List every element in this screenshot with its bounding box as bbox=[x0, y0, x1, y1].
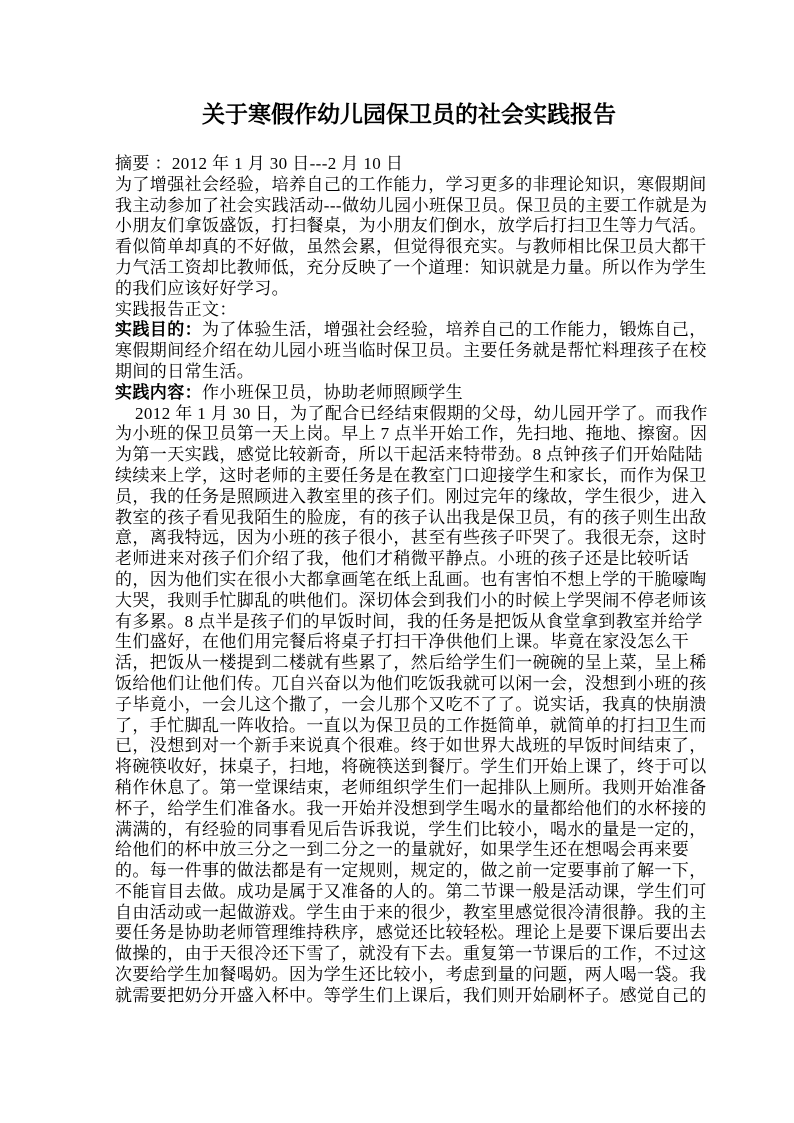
text-line: 意，离我特远，因为小班的孩子很小，甚至有些孩子吓哭了。我很无奈，这时 bbox=[115, 528, 707, 549]
text-line: 的我们应该好好学习。 bbox=[115, 279, 707, 300]
document-page: 关于寒假作幼儿园保卫员的社会实践报告 摘要 ：2012 年 1 月 30 日--… bbox=[0, 0, 794, 1123]
text-line: 就需要把奶分开盛入杯中。等学生们上课后，我们则开始刷杯子。感觉自己的 bbox=[115, 986, 707, 1007]
text-line: 自由活动或一起做游戏。学生由于来的很少，教室里感觉很冷清很静。我的主 bbox=[115, 903, 707, 924]
text-line: 小朋友们拿饭盛饭，打扫餐桌，为小朋友们倒水，放学后打扫卫生等力气活。 bbox=[115, 216, 707, 237]
text-line: 了，手忙脚乱一阵收拾。一直以为保卫员的工作挺简单，就简单的打扫卫生而 bbox=[115, 716, 707, 737]
text-line: 已，没想到对一个新手来说真个很难。终于如世界大战班的早饭时间结束了， bbox=[115, 736, 707, 757]
text-line: 要任务是协助老师管理维持秩序，感觉还比较轻松。理论上是要下课后要出去 bbox=[115, 923, 707, 944]
text-line: 给他们的杯中放三分之一到二分之一的量就好，如果学生还在想喝会再来要 bbox=[115, 840, 707, 861]
text-line: 生们盛好，在他们用完餐后将桌子打扫干净供他们上课。毕竟在家没怎么干 bbox=[115, 632, 707, 653]
text-line: 为第一天实践，感觉比较新奇，所以干起活来特带劲。8 点钟孩子们开始陆陆 bbox=[115, 445, 707, 466]
text-line: 的。每一件事的做法都是有一定规则，规定的，做之前一定要事前了解一下， bbox=[115, 861, 707, 882]
text-line: 为了增强社会经验，培养自己的工作能力，学习更多的非理论知识，寒假期间 bbox=[115, 175, 707, 196]
bold-label: 实践目的： bbox=[115, 320, 202, 339]
text-line: 2012 年 1 月 30 日，为了配合已经结束假期的父母，幼儿园开学了。而我作 bbox=[115, 404, 707, 425]
text-line: 的，因为他们实在很小大都拿画笔在纸上乱画。也有害怕不想上学的干脆嚎啕 bbox=[115, 570, 707, 591]
text-line: 大哭，我则手忙脚乱的哄他们。深切体会到我们小的时候上学哭闹不停老师该 bbox=[115, 591, 707, 612]
text-line: 将碗筷收好，抹桌子，扫地，将碗筷送到餐厅。学生们开始上课了，终于可以 bbox=[115, 757, 707, 778]
text-line: 满满的，有经验的同事看见后告诉我说，学生们比较小，喝水的量是一定的， bbox=[115, 820, 707, 841]
bold-label: 实践内容： bbox=[115, 383, 202, 402]
text-line: 我主动参加了社会实践活动---做幼儿园小班保卫员。保卫员的主要工作就是为 bbox=[115, 196, 707, 217]
text-line: 有多累。8 点半是孩子们的早饭时间，我的任务是把饭从食堂拿到教室并给学 bbox=[115, 612, 707, 633]
text-line: 摘要 ：2012 年 1 月 30 日---2 月 10 日 bbox=[115, 154, 707, 175]
text-line: 做操的，由于天很冷还下雪了，就没有下去。重复第一节课后的工作，不过这 bbox=[115, 944, 707, 965]
text-line: 实践报告正文： bbox=[115, 300, 707, 321]
document-body: 摘要 ：2012 年 1 月 30 日---2 月 10 日为了增强社会经验，培… bbox=[115, 154, 707, 1007]
text-line: 员，我的任务是照顾进入教室里的孩子们。刚过完年的缘故，学生很少，进入 bbox=[115, 487, 707, 508]
text-line: 教室的孩子看见我陌生的脸庞，有的孩子认出我是保卫员，有的孩子则生出敌 bbox=[115, 508, 707, 529]
text-line: 老师进来对孩子们介绍了我，他们才稍微平静点。小班的孩子还是比较听话 bbox=[115, 549, 707, 570]
text-line: 实践目的：为了体验生活，增强社会经验，培养自己的工作能力，锻炼自己， bbox=[115, 320, 707, 341]
text-line: 为小班的保卫员第一天上岗。早上 7 点半开始工作，先扫地、拖地、擦窗。因 bbox=[115, 424, 707, 445]
text-line: 看似简单却真的不好做，虽然会累，但觉得很充实。与教师相比保卫员大都干 bbox=[115, 237, 707, 258]
text-line: 杯子，给学生们准备水。我一开始并没想到学生喝水的量都给他们的水杯接的 bbox=[115, 799, 707, 820]
text-line: 实践内容：作小班保卫员，协助老师照顾学生 bbox=[115, 383, 707, 404]
text-line: 稍作休息了。第一堂课结束，老师组织学生们一起排队上厕所。我则开始准备 bbox=[115, 778, 707, 799]
text-line: 寒假期间经介绍在幼儿园小班当临时保卫员。主要任务就是帮忙料理孩子在校 bbox=[115, 341, 707, 362]
text-line: 饭给他们让他们传。兀自兴奋以为他们吃饭我就可以闲一会，没想到小班的孩 bbox=[115, 674, 707, 695]
document-title: 关于寒假作幼儿园保卫员的社会实践报告 bbox=[115, 99, 703, 131]
text-line: 续续来上学，这时老师的主要任务是在教室门口迎接学生和家长，而作为保卫 bbox=[115, 466, 707, 487]
text-line: 不能盲目去做。成功是属于又准备的人的。第二节课一般是活动课，学生们可 bbox=[115, 882, 707, 903]
text-line: 期间的日常生活。 bbox=[115, 362, 707, 383]
text-line: 力气活工资却比教师低，充分反映了一个道理：知识就是力量。所以作为学生 bbox=[115, 258, 707, 279]
text-line: 活，把饭从一楼提到二楼就有些累了，然后给学生们一碗碗的呈上菜，呈上稀 bbox=[115, 653, 707, 674]
text-line: 次要给学生加餐喝奶。因为学生还比较小，考虑到量的问题，两人喝一袋。我 bbox=[115, 965, 707, 986]
text-line: 子毕竟小，一会儿这个撒了，一会儿那个又吃不了了。说实话，我真的快崩溃 bbox=[115, 695, 707, 716]
